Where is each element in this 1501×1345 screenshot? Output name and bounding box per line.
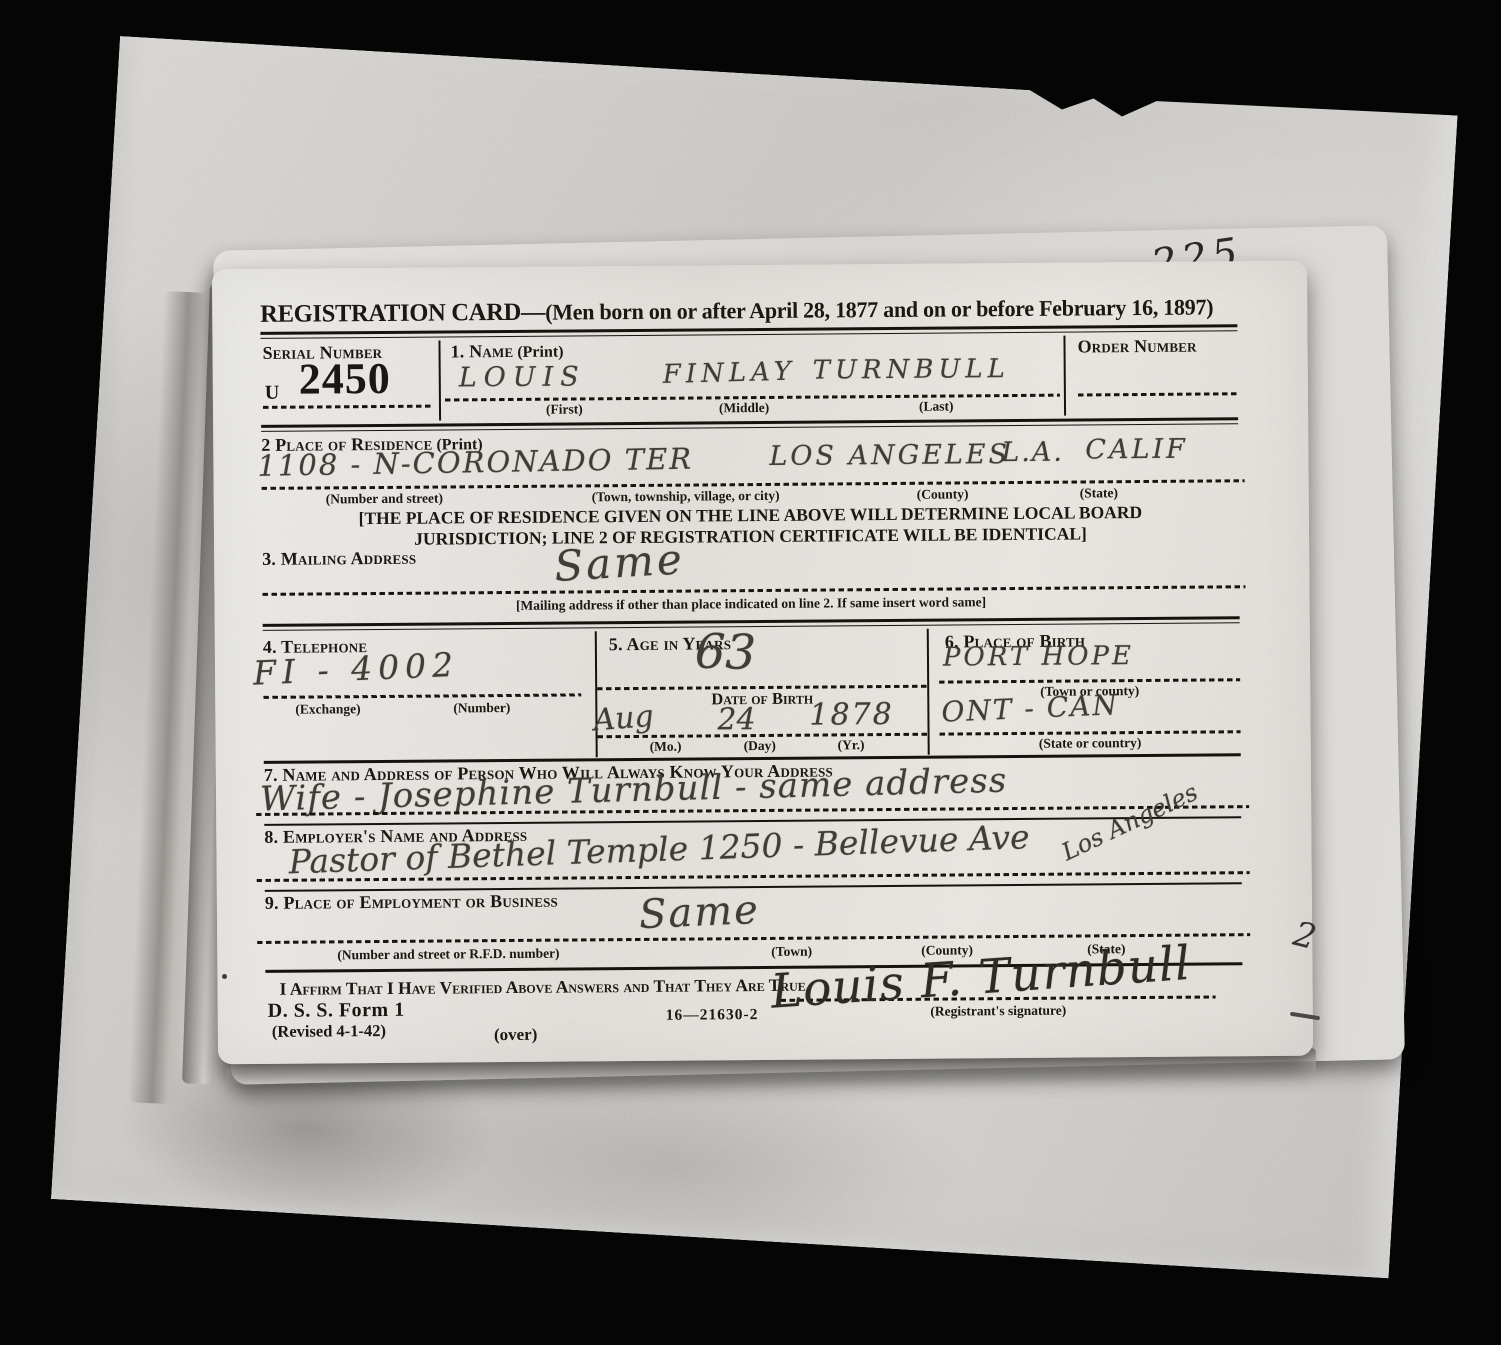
- order-number-label: Order Number: [1077, 336, 1196, 358]
- residence-city-value: LOS ANGELES: [769, 439, 1010, 472]
- section-contact-person: 7. Name and Address of Person Who Will A…: [264, 757, 1241, 823]
- serial-write-line: [263, 405, 431, 409]
- dob-sub-month: (Mo.): [650, 739, 682, 755]
- residence-sub-street: (Number and street): [326, 491, 443, 508]
- dob-sub-day: (Day): [744, 738, 776, 754]
- birth-town-value: PORT HOPE: [943, 641, 1134, 672]
- telephone-sub-exchange: (Exchange): [295, 701, 360, 718]
- section-telephone: 4. Telephone FI - 4002 (Exchange) (Numbe…: [263, 631, 596, 760]
- serial-prefix: U: [265, 382, 280, 405]
- name-first-value: LOUIS: [459, 361, 586, 393]
- mailing-value: Same: [553, 534, 686, 591]
- dob-month-value: Aug: [592, 699, 655, 739]
- birth-sub-state: (State or country): [940, 734, 1241, 752]
- form-number: D. S. S. Form 1: [268, 999, 405, 1023]
- telephone-sub-number: (Number): [453, 700, 510, 716]
- residence-sub-state: (State): [1080, 485, 1118, 501]
- residence-sub-city: (Town, township, village, or city): [592, 488, 780, 505]
- section-mailing-address: 3. Mailing Address Same [Mailing address…: [262, 539, 1240, 621]
- registration-card: REGISTRATION CARD—(Men born on or after …: [212, 261, 1313, 1065]
- ink-speck: [222, 974, 227, 979]
- name-sub-first: (First): [546, 401, 583, 417]
- residence-street-value: 1108 - N-CORONADO TER: [257, 442, 693, 483]
- section-serial-number: Serial Number U 2450: [260, 341, 439, 422]
- dob-year-value: 1878: [809, 697, 894, 733]
- name-middle-value: FINLAY: [662, 357, 796, 390]
- section-footer: I Affirm That I Have Verified Above Answ…: [265, 966, 1243, 1064]
- card-title: REGISTRATION CARD—(Men born on or after …: [260, 293, 1218, 329]
- birth-state-value: ONT - CAN: [941, 688, 1120, 729]
- section-residence: 2 Place of Residence (Print) 1108 - N-CO…: [261, 427, 1239, 507]
- row-telephone-age-birth: 4. Telephone FI - 4002 (Exchange) (Numbe…: [263, 626, 1241, 760]
- print-code: 16—21630-2: [666, 1006, 759, 1025]
- section-place-of-birth: 6. Place of Birth PORT HOPE (Town or cou…: [929, 626, 1241, 754]
- employment-sub-street: (Number and street or R.F.D. number): [337, 946, 559, 964]
- section-name: 1. Name (Print) LOUIS FINLAY TURNBULL (F…: [438, 336, 1066, 421]
- name-sub-last: (Last): [919, 398, 954, 414]
- employment-label: 9. Place of Employment or Business: [265, 891, 558, 914]
- name-label: 1. Name: [450, 341, 513, 361]
- name-last-value: TURNBULL: [813, 354, 1010, 386]
- card-title-paren: (Men born on or after April 28, 1877 and…: [545, 294, 1213, 324]
- section-age-dob: 5. Age in Years 63 Date of Birth Aug 24 …: [595, 629, 930, 758]
- age-value: 63: [694, 623, 757, 681]
- residence-sub-county: (County): [917, 486, 969, 502]
- form-revision: (Revised 4-1-42): [272, 1021, 386, 1042]
- name-sub-middle: (Middle): [719, 400, 769, 416]
- over-note: (over): [494, 1025, 538, 1045]
- dob-sub-year: (Yr.): [838, 737, 865, 753]
- signature-block: Louis F. Turnbull (Registrant's signatur…: [770, 948, 1271, 1021]
- mailing-sub: [Mailing address if other than place ind…: [262, 592, 1239, 616]
- telephone-value: FI - 4002: [252, 645, 460, 693]
- residence-county-value: L.A.: [1001, 437, 1064, 468]
- scanned-photo: 225 REGISTRATION CARD—(Men born on or af…: [0, 0, 1501, 1345]
- serial-value: 2450: [299, 353, 391, 405]
- section-employer: 8. Employer's Name and Address Pastor of…: [264, 819, 1241, 889]
- telephone-write-line: [263, 693, 581, 698]
- registration-form: REGISTRATION CARD—(Men born on or after …: [212, 261, 1313, 1065]
- row-serial-name-order: Serial Number U 2450 1. Name (Print) LOU…: [260, 334, 1238, 422]
- mailing-label: 3. Mailing Address: [262, 548, 416, 570]
- name-label-paren: (Print): [517, 344, 563, 361]
- employment-value: Same: [638, 887, 761, 938]
- section-order-number: Order Number: [1065, 334, 1238, 415]
- dob-day-value: 24: [717, 702, 755, 737]
- order-write-line: [1078, 392, 1238, 396]
- residence-state-value: CALIF: [1085, 434, 1188, 466]
- card-title-main: REGISTRATION CARD—: [260, 299, 545, 328]
